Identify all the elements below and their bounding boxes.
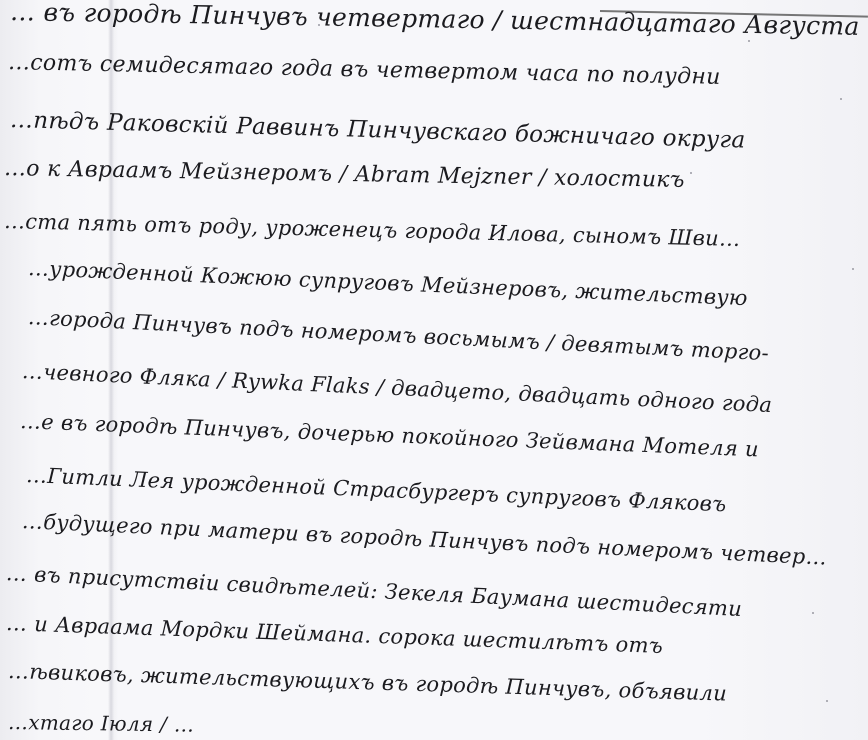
handwritten-line: … въ городѣ Пинчувъ четвертаго / шестнад… [10, 0, 860, 41]
document-page: … въ городѣ Пинчувъ четвертаго / шестнад… [0, 0, 868, 740]
paper-speck [748, 40, 750, 42]
handwritten-line: …е въ городѣ Пинчувъ, дочерью покойного … [20, 409, 760, 461]
handwritten-line: …ста пять отъ роду, уроженецъ города Ило… [4, 209, 741, 251]
handwritten-line: …города Пинчувъ подъ номеромъ восьмымъ /… [27, 305, 769, 365]
handwritten-line: …ѣвиковъ, жительствующихъ въ городѣ Пинч… [8, 659, 728, 706]
handwritten-line: …о к Авраамъ Мейзнеромъ / Abram Mejzner … [4, 156, 685, 193]
handwritten-line: … и Авраама Мордки Шеймана. сорока шести… [6, 611, 664, 658]
handwritten-line: …чевного Фляка / Rywka Flaks / двадцето,… [21, 359, 772, 417]
handwritten-line: …будущего при матери въ городѣ Пинчувъ п… [21, 509, 827, 570]
handwritten-line: …хтаго Іюля / … [8, 710, 194, 737]
handwritten-line: …урожденной Кожюю супруговъ Мейзнеровъ, … [27, 256, 748, 310]
paper-speck [812, 612, 814, 614]
paper-speck [840, 98, 842, 100]
handwritten-line: …сотъ семидесятаго года въ четвертом час… [8, 50, 721, 90]
handwritten-line: …пѣдъ Раковскій Раввинъ Пинчувскаго божн… [10, 107, 746, 154]
handwritten-line: …Гитли Лея урожденной Страсбургеръ супру… [25, 463, 726, 516]
paper-speck [826, 700, 828, 702]
handwritten-line: … въ присутствіи свидѣтелей: Зекеля Баум… [5, 561, 742, 621]
paper-speck [690, 172, 692, 174]
paper-speck [852, 268, 854, 270]
